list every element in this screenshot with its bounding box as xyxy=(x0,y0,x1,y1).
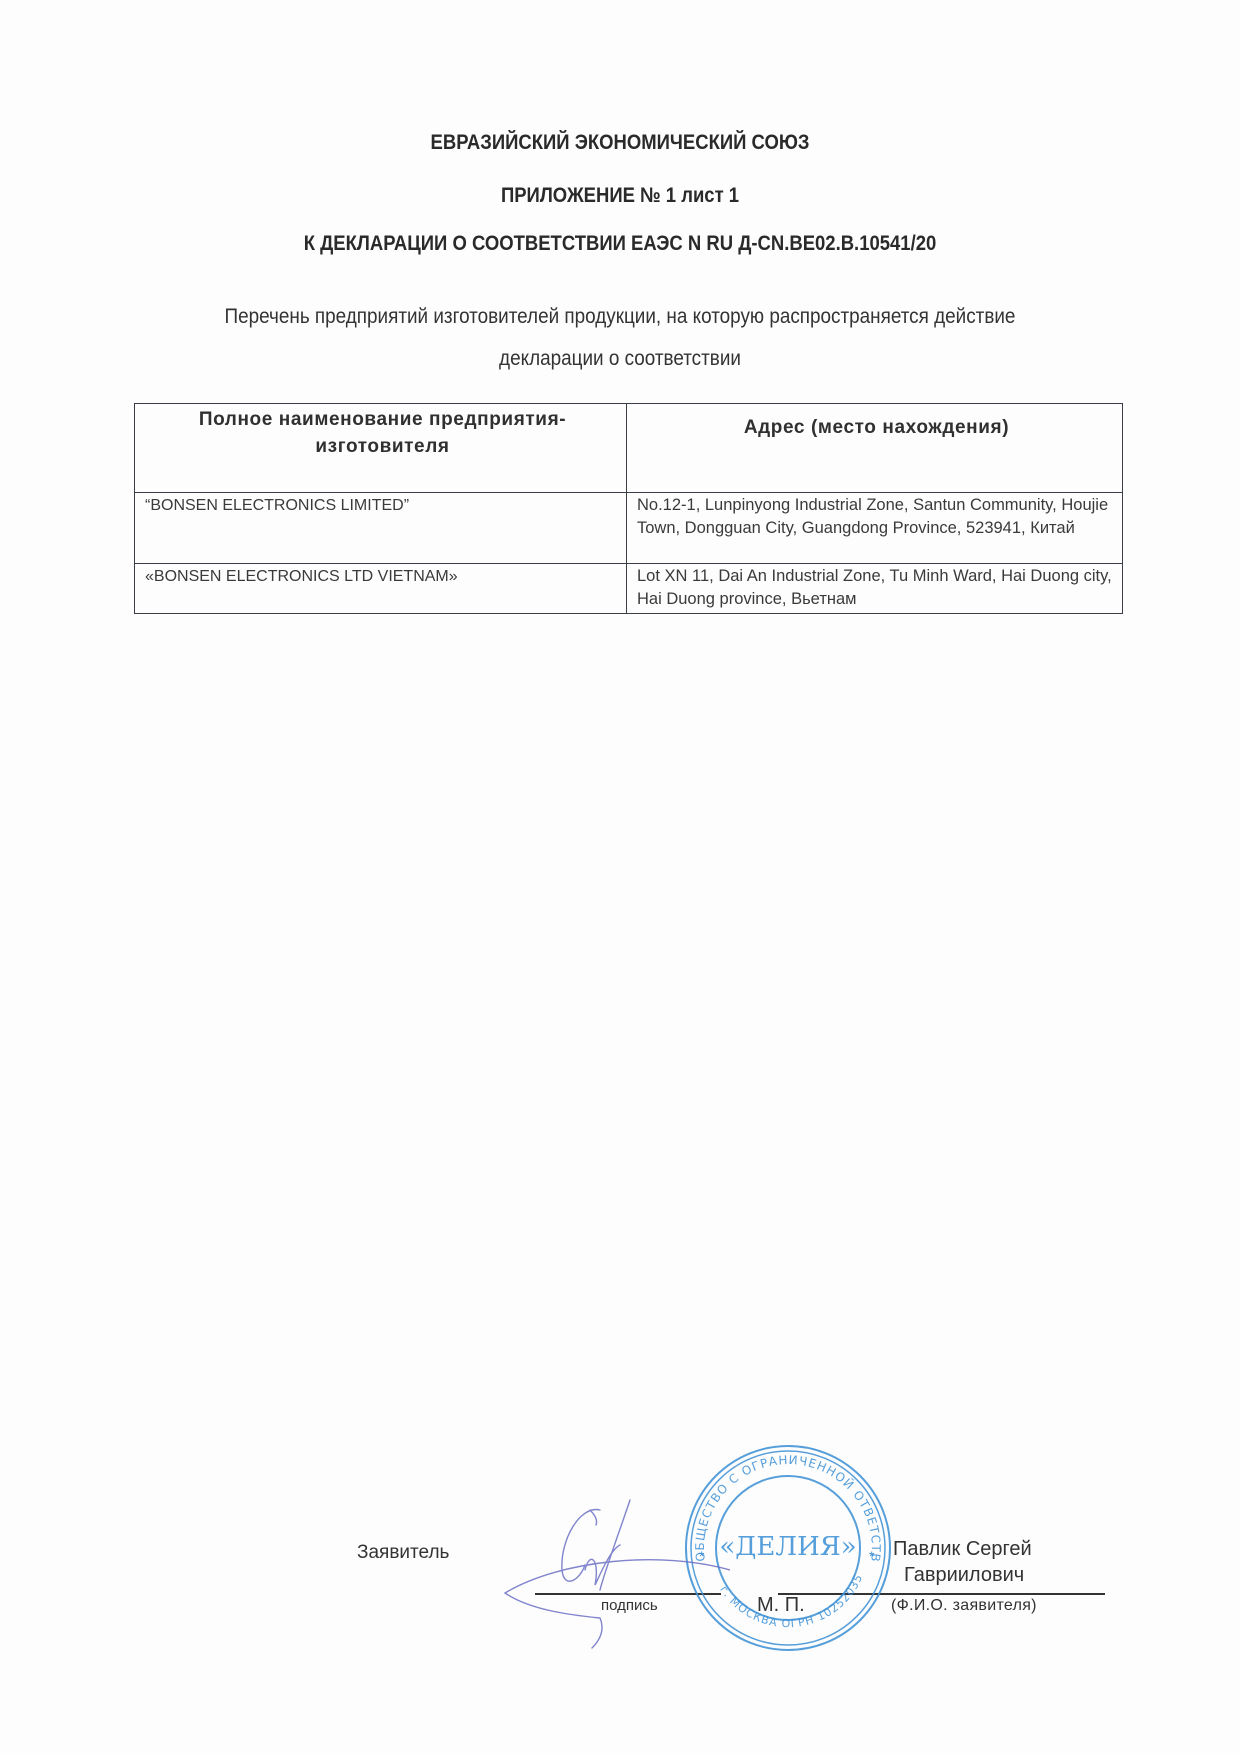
manufacturer-address: Lot XN 11, Dai An Industrial Zone, Tu Mi… xyxy=(627,564,1123,614)
table-row: “BONSEN ELECTRONICS LIMITED” No.12-1, Lu… xyxy=(135,493,1123,564)
column-header-name: Полное наименование предприятия- изготов… xyxy=(135,404,627,493)
name-caption: (Ф.И.О. заявителя) xyxy=(891,1597,1037,1615)
appendix-title: ПРИЛОЖЕНИЕ № 1 лист 1 xyxy=(74,184,1165,208)
manufacturer-name: “BONSEN ELECTRONICS LIMITED” xyxy=(135,493,627,564)
intro-text-line-2: декларации о соответствии xyxy=(62,347,1178,371)
header-name-line-2: изготовителя xyxy=(315,436,449,457)
manufacturers-table: Полное наименование предприятия- изготов… xyxy=(134,403,1123,614)
intro-text-line-1: Перечень предприятий изготовителей проду… xyxy=(62,305,1178,329)
table-header-row: Полное наименование предприятия- изготов… xyxy=(135,404,1123,493)
manufacturer-address: No.12-1, Lunpinyong Industrial Zone, San… xyxy=(627,493,1123,564)
union-title: ЕВРАЗИЙСКИЙ ЭКОНОМИЧЕСКИЙ СОЮЗ xyxy=(74,131,1165,155)
header-name-line-1: Полное наименование предприятия- xyxy=(199,409,566,430)
column-header-address: Адрес (место нахождения) xyxy=(627,404,1123,493)
star-icon: * xyxy=(869,1548,875,1564)
applicant-name-line-1: Павлик Сергей xyxy=(893,1538,1032,1561)
manufacturer-name: «BONSEN ELECTRONICS LTD VIETNAM» xyxy=(135,564,627,614)
applicant-label: Заявитель xyxy=(357,1542,449,1564)
declaration-reference: К ДЕКЛАРАЦИИ О СООТВЕТСТВИИ ЕАЭС N RU Д-… xyxy=(74,232,1165,256)
stamp-center-text: «ДЕЛИЯ» xyxy=(719,1532,856,1562)
handwritten-signature xyxy=(500,1490,730,1650)
table-row: «BONSEN ELECTRONICS LTD VIETNAM» Lot XN … xyxy=(135,564,1123,614)
seal-caption: М. П. xyxy=(757,1594,805,1617)
applicant-name-line-2: Гавриилович xyxy=(904,1564,1024,1587)
